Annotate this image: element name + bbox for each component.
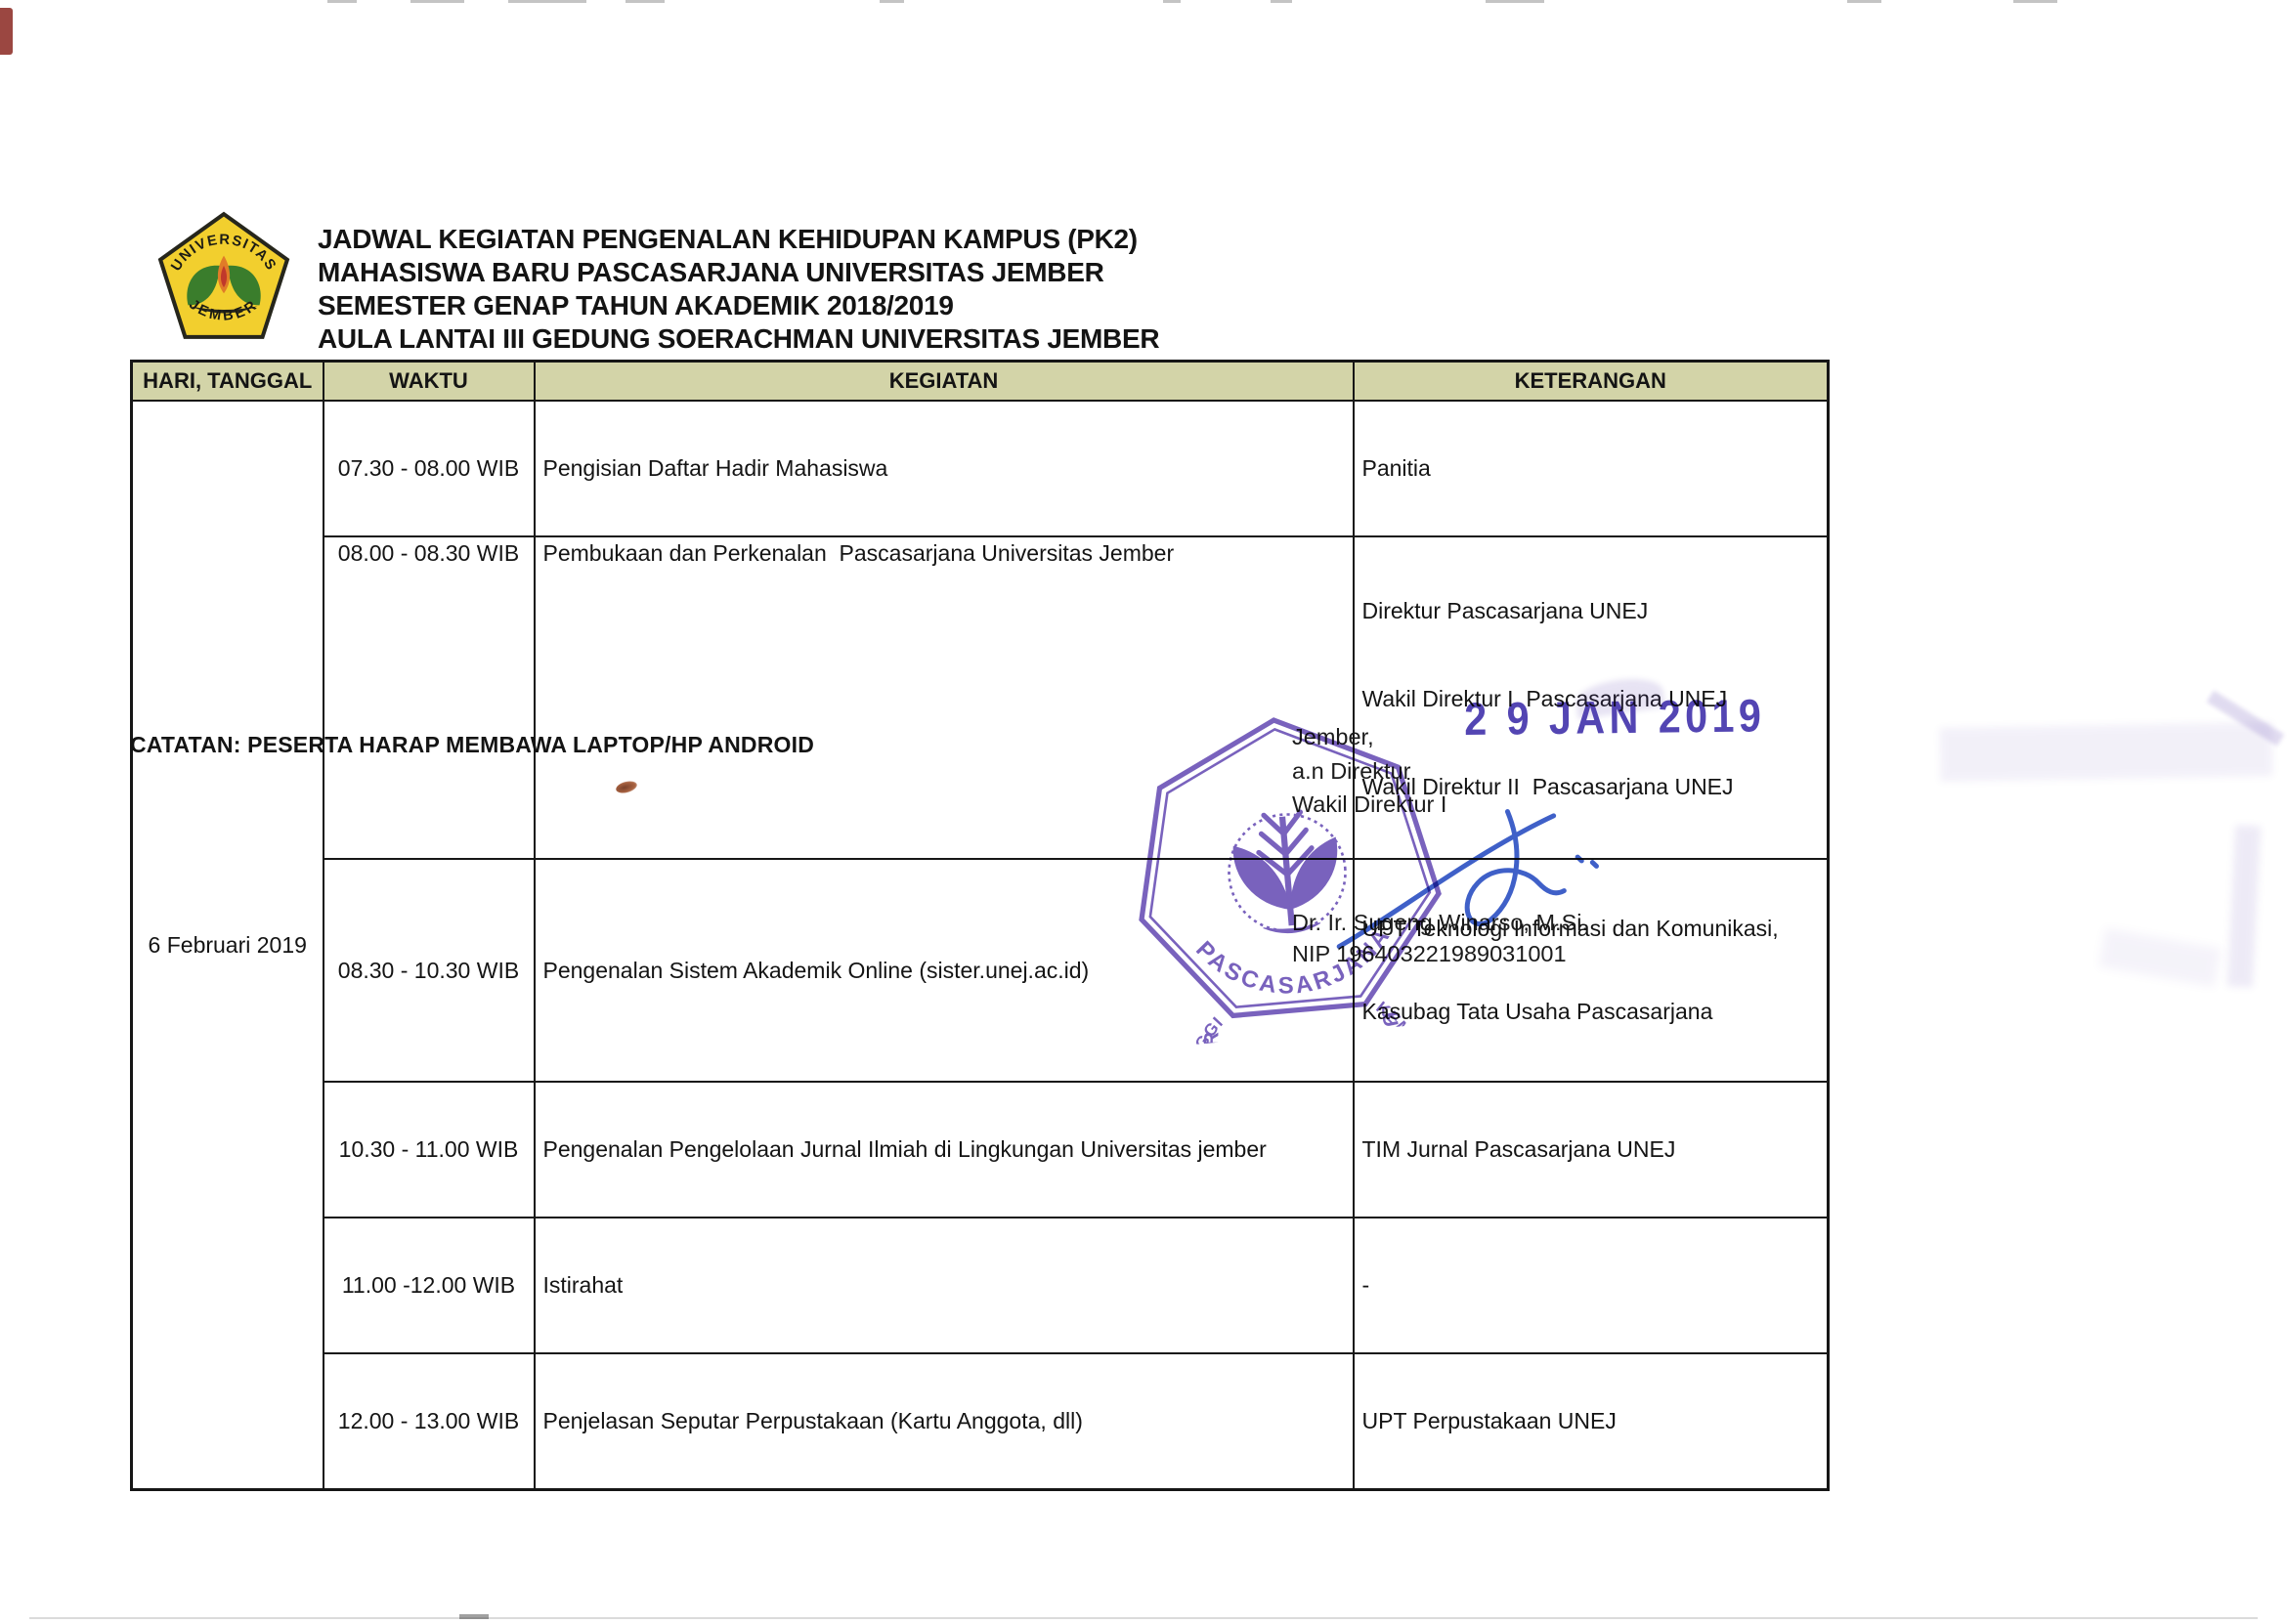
keterangan-cell: - [1354,1218,1829,1353]
title-line-2: MAHASISWA BARU PASCASARJANA UNIVERSITAS … [318,256,1159,289]
header-row: HARI, TANGGAL WAKTU KEGIATAN KETERANGAN [132,362,1829,402]
scan-artifact-ink-smudge [2098,928,2221,987]
col-header-waktu: WAKTU [324,362,535,402]
scan-artifact-ink-smudge [1940,722,2273,782]
document-title: JADWAL KEGIATAN PENGENALAN KEHIDUPAN KAM… [318,223,1159,356]
waktu-cell: 10.30 - 11.00 WIB [324,1082,535,1218]
col-header-keterangan: KETERANGAN [1354,362,1829,402]
waktu-cell: 07.30 - 08.00 WIB [324,401,535,536]
document-page: UNIVERSITAS JEMBER JADWAL KEGIATAN PENGE… [0,0,2287,1624]
table-row: 6 Februari 2019 07.30 - 08.00 WIB Pengis… [132,401,1829,536]
kegiatan-cell: Pengenalan Pengelolaan Jurnal Ilmiah di … [535,1082,1354,1218]
waktu-cell: 11.00 -12.00 WIB [324,1218,535,1353]
col-header-kegiatan: KEGIATAN [535,362,1354,402]
keterangan-cell: TIM Jurnal Pascasarjana UNEJ [1354,1082,1829,1218]
scan-artifact-edge [1271,0,1292,3]
table-row: 12.00 - 13.00 WIB Penjelasan Seputar Per… [132,1353,1829,1490]
keterangan-line: - [1362,1272,1820,1299]
scan-artifact-edge [2013,0,2057,3]
title-line-3: SEMESTER GENAP TAHUN AKADEMIK 2018/2019 [318,289,1159,322]
scan-artifact-edge [1847,0,1881,3]
scan-artifact-edge [880,0,904,3]
scan-artifact-edge [410,0,464,3]
scan-artifact-red-mark [0,8,13,55]
table-row: 10.30 - 11.00 WIB Pengenalan Pengelolaan… [132,1082,1829,1218]
kegiatan-cell: Penjelasan Seputar Perpustakaan (Kartu A… [535,1353,1354,1490]
scan-artifact-edge [327,0,357,3]
waktu-cell: 08.30 - 10.30 WIB [324,859,535,1082]
scan-artifact-ink-smudge [2227,825,2262,987]
scan-artifact-edge [508,0,586,3]
waktu-cell: 12.00 - 13.00 WIB [324,1353,535,1490]
date-stamp: 2 9 JAN 2019 [1464,688,1766,746]
scan-artifact-edge [1163,0,1181,3]
waktu-cell: 08.00 - 08.30 WIB [324,536,535,859]
scan-artifact-edge [626,0,665,3]
keterangan-cell: Panitia [1354,401,1829,536]
kegiatan-cell: Istirahat [535,1218,1354,1353]
university-logo: UNIVERSITAS JEMBER [154,208,293,347]
keterangan-line: TIM Jurnal Pascasarjana UNEJ [1362,1136,1820,1163]
title-line-1: JADWAL KEGIATAN PENGENALAN KEHIDUPAN KAM… [318,223,1159,256]
scan-artifact-edge [29,1617,2258,1619]
table-row: 11.00 -12.00 WIB Istirahat - [132,1218,1829,1353]
signature-scribble [1328,800,1607,966]
col-header-hari-tanggal: HARI, TANGGAL [132,362,324,402]
scan-artifact-edge [459,1614,489,1619]
date-cell: 6 Februari 2019 [132,401,324,1490]
note-text: CATATAN: PESERTA HARAP MEMBAWA LAPTOP/HP… [130,732,814,758]
signature-strokes [1335,808,1599,946]
keterangan-line: Direktur Pascasarjana UNEJ [1362,593,1820,628]
scan-artifact-ink-smudge [2207,691,2285,747]
kegiatan-cell: Pengisian Daftar Hadir Mahasiswa [535,401,1354,536]
scan-artifact-edge [1486,0,1544,3]
keterangan-line: Panitia [1362,455,1820,482]
keterangan-line: UPT Perpustakaan UNEJ [1362,1408,1820,1434]
title-line-4: AULA LANTAI III GEDUNG SOERACHMAN UNIVER… [318,322,1159,356]
keterangan-cell: UPT Perpustakaan UNEJ [1354,1353,1829,1490]
